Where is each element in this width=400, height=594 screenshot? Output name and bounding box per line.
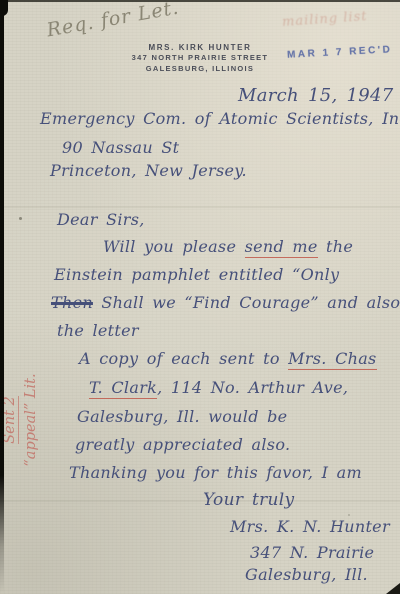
paper-crease bbox=[0, 206, 400, 208]
letter-line-date: March 15, 1947 bbox=[238, 85, 394, 106]
letter-line-sig2: 347 N. Prairie bbox=[250, 543, 374, 562]
letter-line-body1: Will you please send me the bbox=[103, 237, 353, 256]
letter-line-body2: Einstein pamphlet entitled “Only bbox=[54, 265, 339, 284]
scan-speck bbox=[63, 144, 65, 146]
scan-speck bbox=[348, 514, 350, 516]
scanned-letter-page: Req. for Let. mailing list MRS. KIRK HUN… bbox=[0, 0, 400, 594]
scan-edge-top bbox=[0, 0, 400, 2]
scan-corner-bottom-right bbox=[386, 583, 400, 594]
letter-line-addr3: Princeton, New Jersey. bbox=[50, 161, 247, 180]
letter-line-body8: greatly appreciated also. bbox=[75, 435, 290, 454]
scan-speck bbox=[19, 217, 22, 220]
letterhead-street: 347 NORTH PRAIRIE STREET bbox=[132, 53, 269, 64]
letter-line-sig3: Galesburg, Ill. bbox=[245, 565, 368, 584]
margin-annotation: Sent 2 “appeal” Lit. bbox=[0, 345, 44, 495]
letterhead-name: MRS. KIRK HUNTER bbox=[132, 42, 269, 53]
scan-edge-left bbox=[0, 0, 4, 594]
letter-line-addr2: 90 Nassau St bbox=[62, 138, 179, 157]
letter-line-body6: T. Clark, 114 No. Arthur Ave, bbox=[89, 378, 348, 397]
scan-corner-top-left bbox=[0, 0, 8, 16]
letter-line-addr1: Emergency Com. of Atomic Scientists, Inc… bbox=[40, 109, 400, 128]
margin-note-inner: “appeal” Lit. bbox=[21, 345, 42, 495]
letter-line-body3: Then Shall we “Find Courage” and also bbox=[51, 293, 400, 312]
letterhead-city: GALESBURG, ILLINOIS bbox=[132, 64, 269, 75]
letter-line-body7: Galesburg, Ill. would be bbox=[77, 407, 287, 426]
letter-line-body5: A copy of each sent to Mrs. Chas bbox=[79, 349, 377, 368]
paper-crease bbox=[0, 500, 400, 502]
letter-line-sig1: Mrs. K. N. Hunter bbox=[230, 517, 390, 536]
letter-line-salutation: Dear Sirs, bbox=[57, 210, 145, 229]
letter-line-body4: the letter bbox=[57, 321, 139, 340]
letterhead: MRS. KIRK HUNTER 347 NORTH PRAIRIE STREE… bbox=[132, 42, 269, 74]
faint-red-note: mailing list bbox=[282, 9, 368, 30]
letter-line-body9: Thanking you for this favor, I am bbox=[69, 463, 362, 482]
received-date-stamp: MAR 1 7 REC'D bbox=[287, 44, 393, 61]
pencil-note: Req. for Let. bbox=[45, 0, 181, 41]
